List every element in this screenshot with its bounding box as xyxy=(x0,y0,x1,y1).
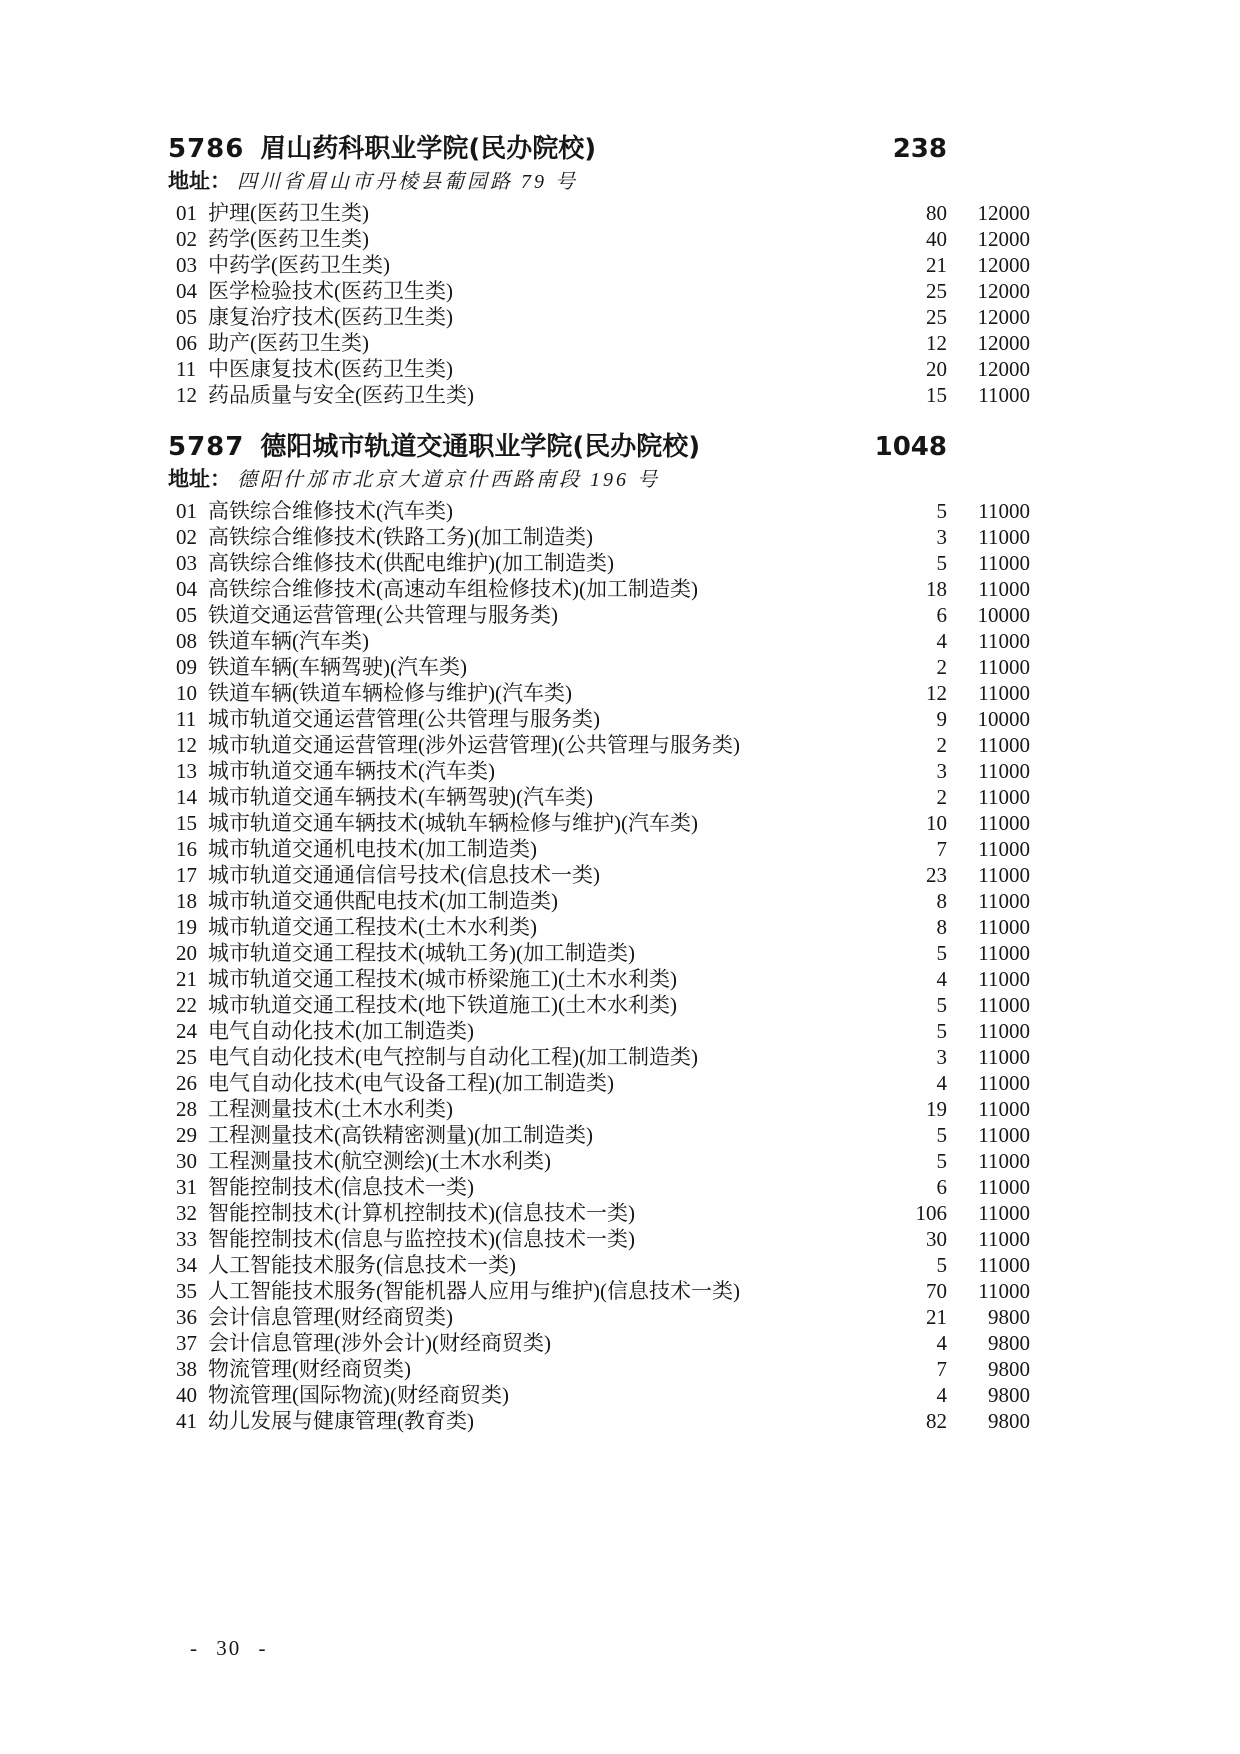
major-tuition: 12000 xyxy=(978,304,1031,330)
major-row: 17城市轨道交通通信信号技术(信息技术一类) 23 11000 xyxy=(0,862,1240,888)
major-name: 护理(医药卫生类) xyxy=(208,201,369,225)
major-tuition: 11000 xyxy=(978,1226,1030,1252)
major-tuition: 11000 xyxy=(978,498,1030,524)
major-row: 02药学(医药卫生类) 40 12000 xyxy=(0,226,1240,252)
major-row: 19城市轨道交通工程技术(土木水利类) 8 11000 xyxy=(0,914,1240,940)
major-quota: 5 xyxy=(937,992,948,1018)
major-quota: 4 xyxy=(937,1382,948,1408)
major-row: 04高铁综合维修技术(高速动车组检修技术)(加工制造类) 18 11000 xyxy=(0,576,1240,602)
major-quota: 12 xyxy=(926,330,947,356)
major-name: 药品质量与安全(医药卫生类) xyxy=(208,383,474,407)
school-total-quota: 238 xyxy=(893,132,947,166)
major-number: 32 xyxy=(176,1200,200,1226)
major-number: 04 xyxy=(176,278,200,304)
major-number: 08 xyxy=(176,628,200,654)
major-quota: 4 xyxy=(937,966,948,992)
major-number: 37 xyxy=(176,1330,200,1356)
major-number: 34 xyxy=(176,1252,200,1278)
major-tuition: 12000 xyxy=(978,226,1031,252)
major-name: 城市轨道交通工程技术(城市桥梁施工)(土木水利类) xyxy=(208,967,677,991)
major-row: 05康复治疗技术(医药卫生类) 25 12000 xyxy=(0,304,1240,330)
major-number: 33 xyxy=(176,1226,200,1252)
major-number: 35 xyxy=(176,1278,200,1304)
major-tuition: 11000 xyxy=(978,758,1030,784)
major-row: 26电气自动化技术(电气设备工程)(加工制造类) 4 11000 xyxy=(0,1070,1240,1096)
major-number: 10 xyxy=(176,680,200,706)
major-number: 41 xyxy=(176,1408,200,1434)
major-number: 12 xyxy=(176,382,200,408)
major-number: 03 xyxy=(176,252,200,278)
major-quota: 5 xyxy=(937,550,948,576)
major-quota: 20 xyxy=(926,356,947,382)
school-section: 5787德阳城市轨道交通职业学院(民办院校) 1048 地址：德阳什邡市北京大道… xyxy=(0,430,1240,1434)
major-row: 38物流管理(财经商贸类) 7 9800 xyxy=(0,1356,1240,1382)
major-quota: 82 xyxy=(926,1408,947,1434)
major-tuition: 11000 xyxy=(978,1044,1030,1070)
major-tuition: 11000 xyxy=(978,784,1030,810)
major-name: 人工智能技术服务(智能机器人应用与维护)(信息技术一类) xyxy=(208,1279,740,1303)
major-quota: 19 xyxy=(926,1096,947,1122)
major-row: 20城市轨道交通工程技术(城轨工务)(加工制造类) 5 11000 xyxy=(0,940,1240,966)
major-quota: 25 xyxy=(926,278,947,304)
major-name: 智能控制技术(信息与监控技术)(信息技术一类) xyxy=(208,1227,635,1251)
major-quota: 8 xyxy=(937,888,948,914)
major-name: 电气自动化技术(电气控制与自动化工程)(加工制造类) xyxy=(208,1045,698,1069)
major-row: 30工程测量技术(航空测绘)(土木水利类) 5 11000 xyxy=(0,1148,1240,1174)
major-row: 40物流管理(国际物流)(财经商贸类) 4 9800 xyxy=(0,1382,1240,1408)
major-row: 14城市轨道交通车辆技术(车辆驾驶)(汽车类) 2 11000 xyxy=(0,784,1240,810)
major-quota: 8 xyxy=(937,914,948,940)
major-number: 11 xyxy=(176,356,200,382)
major-tuition: 11000 xyxy=(978,550,1030,576)
school-address-line: 地址：德阳什邡市北京大道京什西路南段 196 号 xyxy=(0,464,1240,494)
major-tuition: 11000 xyxy=(978,1174,1030,1200)
major-tuition: 11000 xyxy=(978,628,1030,654)
major-tuition: 11000 xyxy=(978,382,1030,408)
major-name: 城市轨道交通运营管理(公共管理与服务类) xyxy=(208,707,600,731)
major-name: 电气自动化技术(电气设备工程)(加工制造类) xyxy=(208,1071,614,1095)
major-row: 04医学检验技术(医药卫生类) 25 12000 xyxy=(0,278,1240,304)
major-number: 19 xyxy=(176,914,200,940)
major-tuition: 9800 xyxy=(988,1330,1030,1356)
major-number: 05 xyxy=(176,304,200,330)
major-row: 41幼儿发展与健康管理(教育类) 82 9800 xyxy=(0,1408,1240,1434)
major-row: 03高铁综合维修技术(供配电维护)(加工制造类) 5 11000 xyxy=(0,550,1240,576)
major-name: 物流管理(财经商贸类) xyxy=(208,1357,411,1381)
major-name: 智能控制技术(计算机控制技术)(信息技术一类) xyxy=(208,1201,635,1225)
major-name: 城市轨道交通车辆技术(汽车类) xyxy=(208,759,495,783)
major-row: 25电气自动化技术(电气控制与自动化工程)(加工制造类) 3 11000 xyxy=(0,1044,1240,1070)
major-tuition: 11000 xyxy=(978,888,1030,914)
major-tuition: 11000 xyxy=(978,654,1030,680)
major-row: 10铁道车辆(铁道车辆检修与维护)(汽车类) 12 11000 xyxy=(0,680,1240,706)
school-name: 眉山药科职业学院(民办院校) xyxy=(260,134,596,164)
major-row: 15城市轨道交通车辆技术(城轨车辆检修与维护)(汽车类) 10 11000 xyxy=(0,810,1240,836)
major-quota: 6 xyxy=(937,1174,948,1200)
major-tuition: 11000 xyxy=(978,914,1030,940)
major-quota: 7 xyxy=(937,836,948,862)
major-quota: 21 xyxy=(926,252,947,278)
major-tuition: 11000 xyxy=(978,1070,1030,1096)
major-name: 城市轨道交通通信信号技术(信息技术一类) xyxy=(208,863,600,887)
major-quota: 5 xyxy=(937,1252,948,1278)
major-row: 29工程测量技术(高铁精密测量)(加工制造类) 5 11000 xyxy=(0,1122,1240,1148)
major-name: 物流管理(国际物流)(财经商贸类) xyxy=(208,1383,509,1407)
major-row: 28工程测量技术(土木水利类) 19 11000 xyxy=(0,1096,1240,1122)
major-quota: 4 xyxy=(937,1330,948,1356)
major-tuition: 11000 xyxy=(978,836,1030,862)
major-row: 02高铁综合维修技术(铁路工务)(加工制造类) 3 11000 xyxy=(0,524,1240,550)
major-row: 37会计信息管理(涉外会计)(财经商贸类) 4 9800 xyxy=(0,1330,1240,1356)
major-tuition: 11000 xyxy=(978,524,1030,550)
major-name: 城市轨道交通机电技术(加工制造类) xyxy=(208,837,537,861)
major-tuition: 11000 xyxy=(978,1252,1030,1278)
major-number: 06 xyxy=(176,330,200,356)
major-tuition: 11000 xyxy=(978,1200,1030,1226)
major-row: 33智能控制技术(信息与监控技术)(信息技术一类) 30 11000 xyxy=(0,1226,1240,1252)
major-name: 会计信息管理(财经商贸类) xyxy=(208,1305,453,1329)
major-name: 城市轨道交通运营管理(涉外运营管理)(公共管理与服务类) xyxy=(208,733,740,757)
major-number: 12 xyxy=(176,732,200,758)
major-name: 康复治疗技术(医药卫生类) xyxy=(208,305,453,329)
major-row: 35人工智能技术服务(智能机器人应用与维护)(信息技术一类) 70 11000 xyxy=(0,1278,1240,1304)
major-name: 高铁综合维修技术(铁路工务)(加工制造类) xyxy=(208,525,593,549)
major-tuition: 11000 xyxy=(978,732,1030,758)
major-number: 36 xyxy=(176,1304,200,1330)
school-header: 5786眉山药科职业学院(民办院校) 238 xyxy=(0,132,1240,166)
major-tuition: 11000 xyxy=(978,862,1030,888)
major-number: 28 xyxy=(176,1096,200,1122)
major-tuition: 11000 xyxy=(978,1278,1030,1304)
major-name: 城市轨道交通工程技术(土木水利类) xyxy=(208,915,537,939)
major-number: 02 xyxy=(176,524,200,550)
school-total-quota: 1048 xyxy=(875,430,947,464)
major-row: 12城市轨道交通运营管理(涉外运营管理)(公共管理与服务类) 2 11000 xyxy=(0,732,1240,758)
address-label: 地址： xyxy=(168,467,231,491)
major-row: 34人工智能技术服务(信息技术一类) 5 11000 xyxy=(0,1252,1240,1278)
major-quota: 40 xyxy=(926,226,947,252)
major-quota: 80 xyxy=(926,200,947,226)
major-tuition: 9800 xyxy=(988,1382,1030,1408)
major-number: 29 xyxy=(176,1122,200,1148)
major-name: 工程测量技术(航空测绘)(土木水利类) xyxy=(208,1149,551,1173)
major-quota: 5 xyxy=(937,1018,948,1044)
major-number: 01 xyxy=(176,498,200,524)
address-label: 地址： xyxy=(168,169,231,193)
major-tuition: 11000 xyxy=(978,966,1030,992)
major-tuition: 11000 xyxy=(978,1148,1030,1174)
major-tuition: 11000 xyxy=(978,992,1030,1018)
major-number: 11 xyxy=(176,706,200,732)
major-number: 22 xyxy=(176,992,200,1018)
major-quota: 21 xyxy=(926,1304,947,1330)
major-quota: 3 xyxy=(937,1044,948,1070)
major-row: 01护理(医药卫生类) 80 12000 xyxy=(0,200,1240,226)
major-row: 06助产(医药卫生类) 12 12000 xyxy=(0,330,1240,356)
major-tuition: 11000 xyxy=(978,576,1030,602)
major-tuition: 9800 xyxy=(988,1408,1030,1434)
major-quota: 25 xyxy=(926,304,947,330)
major-name: 中药学(医药卫生类) xyxy=(208,253,390,277)
major-number: 09 xyxy=(176,654,200,680)
major-name: 铁道交通运营管理(公共管理与服务类) xyxy=(208,603,558,627)
major-name: 助产(医药卫生类) xyxy=(208,331,369,355)
major-quota: 10 xyxy=(926,810,947,836)
major-tuition: 11000 xyxy=(978,680,1030,706)
major-tuition: 10000 xyxy=(978,602,1031,628)
address-text: 德阳什邡市北京大道京什西路南段 196 号 xyxy=(237,469,660,491)
major-quota: 18 xyxy=(926,576,947,602)
major-row: 31智能控制技术(信息技术一类) 6 11000 xyxy=(0,1174,1240,1200)
major-tuition: 11000 xyxy=(978,810,1030,836)
major-quota: 9 xyxy=(937,706,948,732)
major-tuition: 11000 xyxy=(978,940,1030,966)
sections-container: 5786眉山药科职业学院(民办院校) 238 地址：四川省眉山市丹棱县葡园路 7… xyxy=(0,132,1240,1434)
major-tuition: 12000 xyxy=(978,330,1031,356)
major-tuition: 12000 xyxy=(978,356,1031,382)
major-quota: 3 xyxy=(937,758,948,784)
school-address-line: 地址：四川省眉山市丹棱县葡园路 79 号 xyxy=(0,166,1240,196)
address-text: 四川省眉山市丹棱县葡园路 79 号 xyxy=(237,171,578,193)
major-number: 14 xyxy=(176,784,200,810)
major-number: 21 xyxy=(176,966,200,992)
major-row: 24电气自动化技术(加工制造类) 5 11000 xyxy=(0,1018,1240,1044)
major-row: 03中药学(医药卫生类) 21 12000 xyxy=(0,252,1240,278)
major-number: 03 xyxy=(176,550,200,576)
major-name: 城市轨道交通工程技术(城轨工务)(加工制造类) xyxy=(208,941,635,965)
major-name: 高铁综合维修技术(高速动车组检修技术)(加工制造类) xyxy=(208,577,698,601)
majors-list: 01护理(医药卫生类) 80 12000 02药学(医药卫生类) 40 1200… xyxy=(0,200,1240,408)
major-tuition: 10000 xyxy=(978,706,1031,732)
major-tuition: 11000 xyxy=(978,1122,1030,1148)
major-name: 人工智能技术服务(信息技术一类) xyxy=(208,1253,516,1277)
major-name: 工程测量技术(高铁精密测量)(加工制造类) xyxy=(208,1123,593,1147)
major-quota: 3 xyxy=(937,524,948,550)
major-name: 智能控制技术(信息技术一类) xyxy=(208,1175,474,1199)
major-quota: 2 xyxy=(937,654,948,680)
major-number: 31 xyxy=(176,1174,200,1200)
major-tuition: 12000 xyxy=(978,200,1031,226)
major-number: 17 xyxy=(176,862,200,888)
school-name: 德阳城市轨道交通职业学院(民办院校) xyxy=(260,432,700,462)
major-row: 22城市轨道交通工程技术(地下铁道施工)(土木水利类) 5 11000 xyxy=(0,992,1240,1018)
major-number: 30 xyxy=(176,1148,200,1174)
major-quota: 12 xyxy=(926,680,947,706)
major-tuition: 9800 xyxy=(988,1356,1030,1382)
major-name: 铁道车辆(铁道车辆检修与维护)(汽车类) xyxy=(208,681,572,705)
major-quota: 15 xyxy=(926,382,947,408)
major-number: 25 xyxy=(176,1044,200,1070)
major-name: 铁道车辆(车辆驾驶)(汽车类) xyxy=(208,655,467,679)
major-number: 38 xyxy=(176,1356,200,1382)
major-quota: 70 xyxy=(926,1278,947,1304)
major-number: 26 xyxy=(176,1070,200,1096)
major-quota: 7 xyxy=(937,1356,948,1382)
school-code: 5786 xyxy=(168,134,244,164)
major-number: 40 xyxy=(176,1382,200,1408)
major-number: 16 xyxy=(176,836,200,862)
major-quota: 5 xyxy=(937,1122,948,1148)
major-name: 药学(医药卫生类) xyxy=(208,227,369,251)
major-number: 20 xyxy=(176,940,200,966)
major-number: 05 xyxy=(176,602,200,628)
school-header: 5787德阳城市轨道交通职业学院(民办院校) 1048 xyxy=(0,430,1240,464)
major-quota: 5 xyxy=(937,1148,948,1174)
major-row: 36会计信息管理(财经商贸类) 21 9800 xyxy=(0,1304,1240,1330)
major-number: 04 xyxy=(176,576,200,602)
major-tuition: 12000 xyxy=(978,252,1031,278)
major-row: 21城市轨道交通工程技术(城市桥梁施工)(土木水利类) 4 11000 xyxy=(0,966,1240,992)
major-number: 02 xyxy=(176,226,200,252)
major-name: 铁道车辆(汽车类) xyxy=(208,629,369,653)
major-number: 01 xyxy=(176,200,200,226)
major-quota: 4 xyxy=(937,1070,948,1096)
major-name: 幼儿发展与健康管理(教育类) xyxy=(208,1409,474,1433)
major-number: 18 xyxy=(176,888,200,914)
major-name: 电气自动化技术(加工制造类) xyxy=(208,1019,474,1043)
major-row: 09铁道车辆(车辆驾驶)(汽车类) 2 11000 xyxy=(0,654,1240,680)
major-row: 11中医康复技术(医药卫生类) 20 12000 xyxy=(0,356,1240,382)
major-quota: 2 xyxy=(937,732,948,758)
major-tuition: 12000 xyxy=(978,278,1031,304)
major-quota: 5 xyxy=(937,940,948,966)
major-tuition: 11000 xyxy=(978,1096,1030,1122)
major-name: 高铁综合维修技术(供配电维护)(加工制造类) xyxy=(208,551,614,575)
major-name: 城市轨道交通工程技术(地下铁道施工)(土木水利类) xyxy=(208,993,677,1017)
major-quota: 4 xyxy=(937,628,948,654)
major-row: 13城市轨道交通车辆技术(汽车类) 3 11000 xyxy=(0,758,1240,784)
major-tuition: 9800 xyxy=(988,1304,1030,1330)
major-number: 24 xyxy=(176,1018,200,1044)
major-name: 高铁综合维修技术(汽车类) xyxy=(208,499,453,523)
major-row: 12药品质量与安全(医药卫生类) 15 11000 xyxy=(0,382,1240,408)
major-row: 16城市轨道交通机电技术(加工制造类) 7 11000 xyxy=(0,836,1240,862)
document-page: 5786眉山药科职业学院(民办院校) 238 地址：四川省眉山市丹棱县葡园路 7… xyxy=(0,0,1240,1754)
majors-list: 01高铁综合维修技术(汽车类) 5 11000 02高铁综合维修技术(铁路工务)… xyxy=(0,498,1240,1434)
major-row: 32智能控制技术(计算机控制技术)(信息技术一类) 106 11000 xyxy=(0,1200,1240,1226)
major-quota: 5 xyxy=(937,498,948,524)
major-row: 18城市轨道交通供配电技术(加工制造类) 8 11000 xyxy=(0,888,1240,914)
major-quota: 106 xyxy=(916,1200,948,1226)
major-number: 15 xyxy=(176,810,200,836)
major-name: 会计信息管理(涉外会计)(财经商贸类) xyxy=(208,1331,551,1355)
major-name: 城市轨道交通车辆技术(车辆驾驶)(汽车类) xyxy=(208,785,593,809)
page-number: - 30 - xyxy=(190,1636,268,1661)
major-name: 工程测量技术(土木水利类) xyxy=(208,1097,453,1121)
school-section: 5786眉山药科职业学院(民办院校) 238 地址：四川省眉山市丹棱县葡园路 7… xyxy=(0,132,1240,408)
major-name: 城市轨道交通供配电技术(加工制造类) xyxy=(208,889,558,913)
major-name: 中医康复技术(医药卫生类) xyxy=(208,357,453,381)
major-number: 13 xyxy=(176,758,200,784)
major-row: 05铁道交通运营管理(公共管理与服务类) 6 10000 xyxy=(0,602,1240,628)
major-tuition: 11000 xyxy=(978,1018,1030,1044)
school-code: 5787 xyxy=(168,432,244,462)
major-row: 01高铁综合维修技术(汽车类) 5 11000 xyxy=(0,498,1240,524)
major-row: 08铁道车辆(汽车类) 4 11000 xyxy=(0,628,1240,654)
major-quota: 23 xyxy=(926,862,947,888)
major-quota: 6 xyxy=(937,602,948,628)
major-name: 城市轨道交通车辆技术(城轨车辆检修与维护)(汽车类) xyxy=(208,811,698,835)
major-quota: 30 xyxy=(926,1226,947,1252)
major-row: 11城市轨道交通运营管理(公共管理与服务类) 9 10000 xyxy=(0,706,1240,732)
major-quota: 2 xyxy=(937,784,948,810)
major-name: 医学检验技术(医药卫生类) xyxy=(208,279,453,303)
